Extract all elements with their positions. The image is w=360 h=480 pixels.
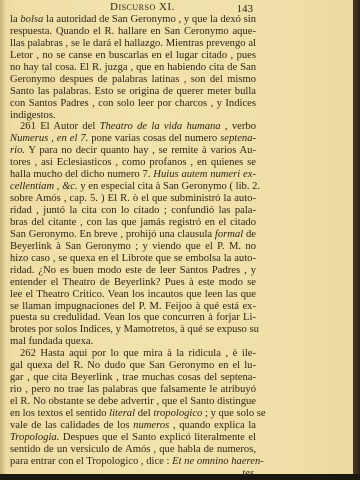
text-segment: sentido de un versiculo de Amós , que ha… (10, 444, 256, 455)
text-segment: , verbo (221, 121, 256, 132)
text-segment: 262 Hasta aqui por lo que mira à la ridi… (20, 348, 256, 359)
text-segment: gar , que cita Beyerlink , trae muchas c… (10, 372, 256, 383)
text-segment: Beyerlink à San Geronymo ; y viendo que … (10, 241, 256, 252)
italic-text: Numerus , en el 7. (10, 133, 88, 144)
italic-text: bolsa (20, 14, 43, 25)
text-segment: sobre Amós , cap. 5. ) El R. ò el que su… (10, 193, 256, 204)
text-line: puesta su credulidad. Vean los que concu… (10, 312, 256, 324)
text-segment: respuesta. Quando el R. hallare en San C… (10, 26, 256, 37)
text-line: respuesta. Quando el R. hallare en San C… (10, 26, 256, 38)
text-segment: y en especial cita à San Geronymo ( lib.… (78, 181, 260, 192)
text-segment: con Santos Padres , con solo leer por ch… (10, 98, 256, 109)
text-segment: Despues que el Santo explicó literalment… (59, 432, 256, 443)
text-segment: brotes por solos Indices, y Mamotretos, … (10, 324, 259, 335)
italic-text: cellentiam , &c. (10, 181, 78, 192)
italic-text: formal (215, 229, 243, 240)
text-line: ridad. ¿No es buen modo este de leer San… (10, 265, 256, 277)
text-segment: Y para no decir quanto hay , se remite à… (25, 145, 256, 156)
text-segment: , quando explica la (169, 420, 256, 431)
text-segment: el R. No obstante se debe advertir , que… (10, 396, 256, 407)
text-line: brotes por solos Indices, y Mamotretos, … (10, 324, 256, 336)
text-segment: la autoridad de San Geronymo , y que la … (43, 14, 256, 25)
italic-text: Huius autem numeri ex- (153, 169, 256, 180)
page-gutter (0, 0, 5, 474)
text-segment: tores , asi Eclesiasticos , como profano… (10, 157, 256, 168)
text-segment: lee el Theatro Critico. Vean los incauto… (10, 289, 256, 300)
text-segment: pone varias cosas del numero (88, 133, 220, 144)
text-segment: Santo las palabras. Esto se origina de q… (10, 86, 256, 97)
text-line: se llaman impugnaciones del P. M. Feijoo… (10, 301, 256, 313)
text-segment: ridad , juntó la cita con lo citado ; co… (10, 205, 256, 216)
text-segment: para entrar con el Tropologico , dice : (10, 456, 172, 467)
text-segment: ridad. ¿No es buen modo este de leer San… (10, 265, 256, 276)
text-line: halla mucho del dicho numero 7. Huius au… (10, 169, 256, 181)
text-segment: no hay tal cosa. El R. juzga , que en ha… (10, 62, 256, 73)
text-segment: halla mucho del dicho numero 7. (10, 169, 153, 180)
text-segment: mal fundada quexa. (10, 336, 93, 347)
italic-text: Et ne omnino haeren- (172, 456, 264, 467)
page-edge-bottom (0, 474, 360, 480)
text-segment: bras del citante , con las que jamás reg… (10, 217, 256, 228)
italic-text: literal (109, 408, 135, 419)
text-segment: llas palabras , se le dará el hallazgo. … (10, 38, 256, 49)
text-segment: Letor , no se canse en buscarlas en el l… (10, 50, 256, 61)
text-line: rio , pero no trae las palabras que fals… (10, 384, 256, 396)
text-segment: puesta su credulidad. Vean los que concu… (10, 312, 256, 323)
book-page: Discurso XI. 143 la bolsa la autoridad d… (0, 0, 353, 474)
text-line: lee el Theatro Critico. Vean los incauto… (10, 289, 256, 301)
text-line: hizo caso , se quexa en el Librote que s… (10, 253, 256, 265)
italic-text: numeros (133, 420, 169, 431)
text-line: tores , asi Eclesiasticos , como profano… (10, 157, 256, 169)
text-line: cellentiam , &c. y en especial cita à Sa… (10, 181, 256, 193)
text-segment: hizo caso , se quexa en el Librote que s… (10, 253, 256, 264)
text-line: Geronymo despues de palabras latinas , s… (10, 74, 256, 86)
text-segment: de (243, 229, 256, 240)
text-line: en los textos el sentido literal del tro… (10, 408, 256, 420)
text-segment: 261 El Autor del (20, 121, 100, 132)
italic-text: tropologico (153, 408, 202, 419)
text-line: llas palabras , se le dará el hallazgo. … (10, 38, 256, 50)
text-line: mal fundada quexa. (10, 336, 256, 348)
text-line: el R. No obstante se debe advertir , que… (10, 396, 256, 408)
text-line: Santo las palabras. Esto se origina de q… (10, 86, 256, 98)
text-line: San Geronymo. En breve , prohijó una cla… (10, 229, 256, 241)
text-line: para entrar con el Tropologico , dice : … (10, 456, 256, 468)
text-line: vale de las calidades de los numeros , q… (10, 420, 256, 432)
text-segment: del (135, 408, 153, 419)
italic-text: septena- (220, 133, 256, 144)
text-segment: indigestos. (10, 110, 56, 121)
page-edge-right (353, 0, 360, 480)
text-line: rio. Y para no decir quanto hay , se rem… (10, 145, 256, 157)
text-line: gal quexa del R. No dudo que San Geronym… (10, 360, 256, 372)
text-segment: entender el Theatro de Beyerlink? Pues à… (10, 277, 256, 288)
text-line: 262 Hasta aqui por lo que mira à la ridi… (10, 348, 256, 360)
text-segment: San Geronymo. En breve , prohijó una cla… (10, 229, 215, 240)
text-segment: Geronymo despues de palabras latinas , s… (10, 74, 256, 85)
text-line: 261 El Autor del Theatro de la vida huma… (10, 121, 256, 133)
text-segment: la (10, 14, 20, 25)
page-header: Discurso XI. 143 (10, 1, 255, 15)
text-segment: gal quexa del R. No dudo que San Geronym… (10, 360, 256, 371)
italic-text: Tropologia. (10, 432, 59, 443)
text-segment: se llaman impugnaciones del P. M. Feijoo… (10, 301, 256, 312)
text-line: entender el Theatro de Beyerlink? Pues à… (10, 277, 256, 289)
text-segment: ; y que solo se (202, 408, 265, 419)
text-line: bras del citante , con las que jamás reg… (10, 217, 256, 229)
text-line: Tropologia. Despues que el Santo explicó… (10, 432, 256, 444)
text-line: con Santos Padres , con solo leer por ch… (10, 98, 256, 110)
text-line: gar , que cita Beyerlink , trae muchas c… (10, 372, 256, 384)
text-segment: vale de las calidades de los (10, 420, 133, 431)
text-segment: rio , pero no trae las palabras que fals… (10, 384, 256, 395)
text-line: sentido de un versiculo de Amós , que ha… (10, 444, 256, 456)
text-line: sobre Amós , cap. 5. ) El R. ò el que su… (10, 193, 256, 205)
italic-text: Theatro de la vida humana (100, 121, 221, 132)
text-line: Letor , no se canse en buscarlas en el l… (10, 50, 256, 62)
running-head: Discurso XI. (110, 1, 175, 13)
text-line: no hay tal cosa. El R. juzga , que en ha… (10, 62, 256, 74)
italic-text: rio. (10, 145, 25, 156)
text-segment: en los textos el sentido (10, 408, 109, 419)
text-line: Beyerlink à San Geronymo ; y viendo que … (10, 241, 256, 253)
text-line: indigestos. (10, 110, 256, 122)
page-body-text: la bolsa la autoridad de San Geronymo , … (10, 14, 256, 474)
text-line: la bolsa la autoridad de San Geronymo , … (10, 14, 256, 26)
text-line: ridad , juntó la cita con lo citado ; co… (10, 205, 256, 217)
text-line: Numerus , en el 7. pone varias cosas del… (10, 133, 256, 145)
